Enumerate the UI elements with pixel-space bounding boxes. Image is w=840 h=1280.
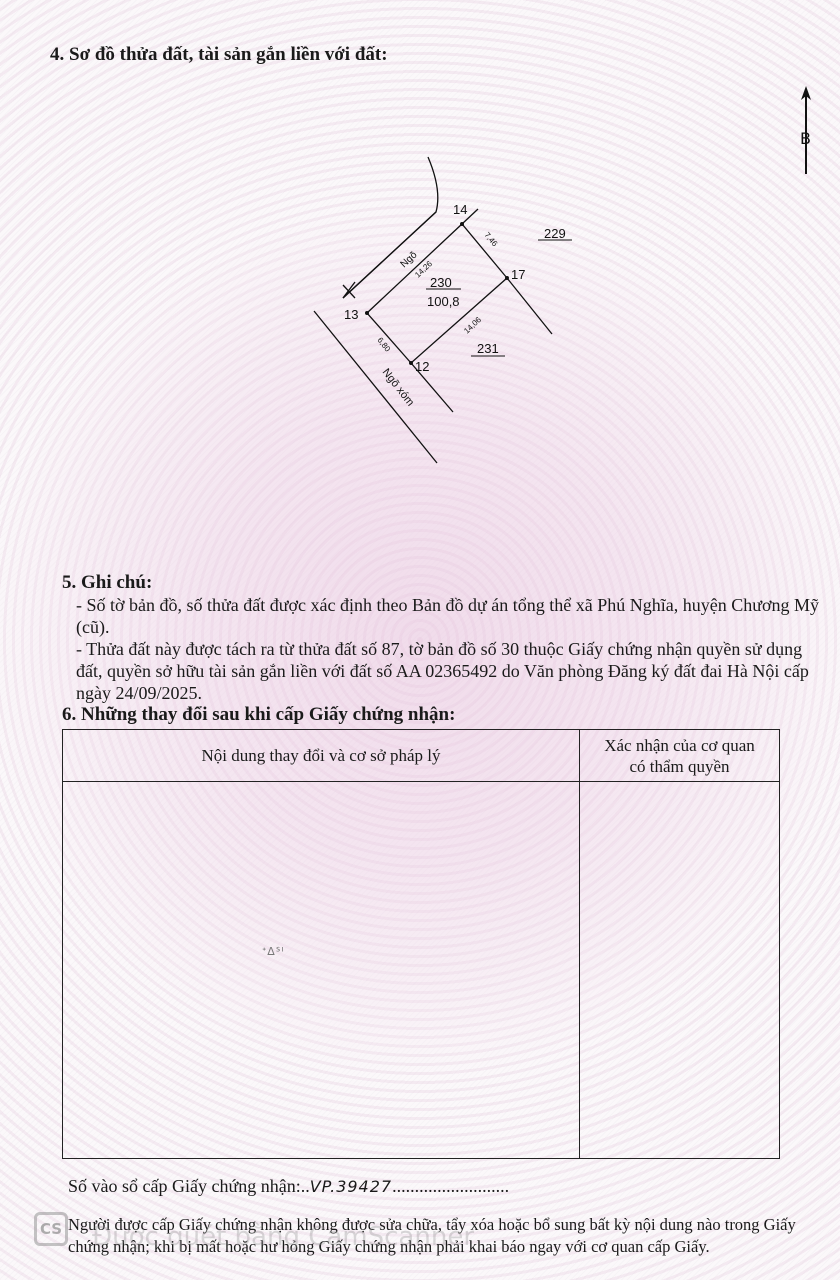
table-header-authority-confirmation: Xác nhận của cơ quan có thẩm quyền xyxy=(580,730,779,782)
section-5-title: 5. Ghi chú: xyxy=(62,572,822,594)
north-arrow-icon: B xyxy=(795,86,817,176)
table-cell-change-content xyxy=(63,782,580,1158)
section-4-title: 4. Sơ đồ thửa đất, tài sản gắn liền với … xyxy=(50,44,388,66)
parcel-id: 230 xyxy=(430,275,452,290)
neighbor-parcel-231: 231 xyxy=(477,341,499,356)
section-5-notes: 5. Ghi chú: - Số tờ bản đồ, số thửa đất … xyxy=(62,572,822,704)
point-14: 14 xyxy=(453,202,467,217)
camscanner-logo-icon: CS xyxy=(34,1212,68,1246)
changes-table: Nội dung thay đổi và cơ sở pháp lý Xác n… xyxy=(62,729,780,1159)
road-label-ngo-xom: Ngõ xóm xyxy=(380,366,417,408)
registration-number-line: Số vào sổ cấp Giấy chứng nhận:..VP.39427… xyxy=(68,1176,509,1197)
registration-label: Số vào sổ cấp Giấy chứng nhận: xyxy=(68,1176,301,1196)
note-item: - Số tờ bản đồ, số thửa đất được xác địn… xyxy=(62,594,822,638)
edge-length-17-12: 14,06 xyxy=(462,315,483,336)
table-header-change-content: Nội dung thay đổi và cơ sở pháp lý xyxy=(63,730,580,782)
edge-length-14-17: 7,46 xyxy=(482,231,499,249)
point-13: 13 xyxy=(344,307,358,322)
faint-mark: ᐩᐃᔆᑊ xyxy=(262,945,285,958)
point-17: 17 xyxy=(511,267,525,282)
land-plot-diagram: 14 17 12 13 230 100,8 229 231 14,26 7,46… xyxy=(300,150,600,470)
north-label: B xyxy=(800,129,811,148)
point-12: 12 xyxy=(415,359,429,374)
neighbor-parcel-229: 229 xyxy=(544,226,566,241)
registration-number: VP.39427 xyxy=(310,1177,392,1196)
note-item: - Thửa đất này được tách ra từ thửa đất … xyxy=(62,638,822,704)
scanner-watermark: Được quét bằng CamScanner xyxy=(92,1222,474,1252)
parcel-area: 100,8 xyxy=(427,294,460,309)
table-cell-authority-confirmation xyxy=(580,782,779,1158)
section-6-title: 6. Những thay đổi sau khi cấp Giấy chứng… xyxy=(62,704,455,726)
